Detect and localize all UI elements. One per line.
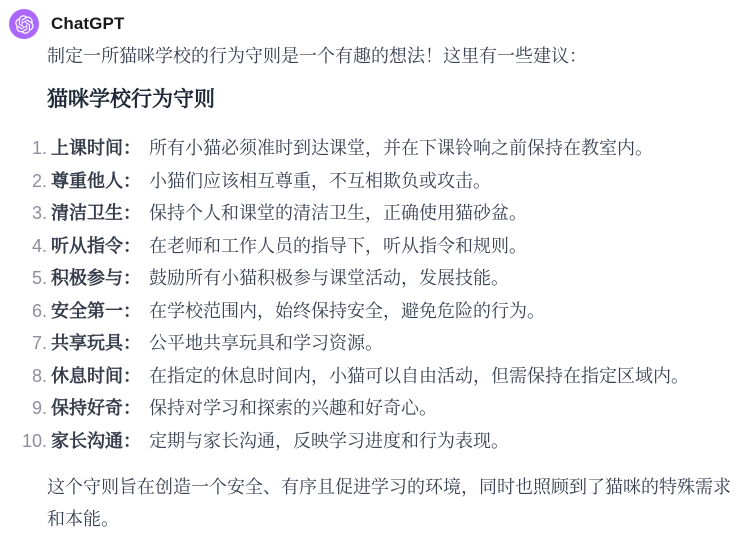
rule-text: 在指定的休息时间内，小猫可以自由活动，但需保持在指定区域内。	[149, 366, 689, 386]
list-item-body: 上课时间：所有小猫必须准时到达课堂，并在下课铃响之前保持在教室内。	[51, 134, 746, 162]
list-item: 2. 尊重他人：小猫们应该相互尊重，不互相欺负或攻击。	[19, 167, 746, 195]
rule-label: 安全第一：	[51, 301, 141, 321]
rule-label: 保持好奇：	[51, 398, 141, 418]
outro-paragraph: 这个守则旨在创造一个安全、有序且促进学习的环境，同时也照顾到了猫咪的特殊需求和本…	[47, 471, 746, 535]
rule-label: 积极参与：	[51, 268, 141, 288]
list-item-number: 2.	[19, 167, 47, 195]
rule-label: 共享玩具：	[51, 333, 141, 353]
list-item-body: 休息时间：在指定的休息时间内，小猫可以自由活动，但需保持在指定区域内。	[51, 362, 746, 390]
message-header: ChatGPT	[9, 9, 750, 39]
list-item: 6. 安全第一：在学校范围内，始终保持安全，避免危险的行为。	[19, 297, 746, 325]
list-item: 10. 家长沟通：定期与家长沟通，反映学习进度和行为表现。	[19, 427, 746, 455]
list-item-body: 保持好奇：保持对学习和探索的兴趣和好奇心。	[51, 394, 746, 422]
rule-text: 保持个人和课堂的清洁卫生，正确使用猫砂盆。	[149, 203, 527, 223]
chatgpt-avatar	[9, 9, 39, 39]
rule-text: 在老师和工作人员的指导下，听从指令和规则。	[149, 236, 527, 256]
intro-paragraph: 制定一所猫咪学校的行为守则是一个有趣的想法！这里有一些建议：	[47, 42, 746, 70]
rules-heading: 猫咪学校行为守则	[47, 87, 746, 113]
rule-label: 听从指令：	[51, 236, 141, 256]
rule-text: 保持对学习和探索的兴趣和好奇心。	[149, 398, 437, 418]
list-item-number: 4.	[19, 232, 47, 260]
list-item-body: 积极参与：鼓励所有小猫积极参与课堂活动，发展技能。	[51, 264, 746, 292]
message-content: 制定一所猫咪学校的行为守则是一个有趣的想法！这里有一些建议： 猫咪学校行为守则 …	[47, 42, 746, 535]
list-item: 3. 清洁卫生：保持个人和课堂的清洁卫生，正确使用猫砂盆。	[19, 199, 746, 227]
list-item-number: 6.	[19, 297, 47, 325]
rule-label: 上课时间：	[51, 138, 141, 158]
sender-name: ChatGPT	[51, 14, 124, 34]
assistant-message: ChatGPT 制定一所猫咪学校的行为守则是一个有趣的想法！这里有一些建议： 猫…	[0, 0, 750, 535]
rule-text: 定期与家长沟通，反映学习进度和行为表现。	[149, 431, 509, 451]
rule-text: 在学校范围内，始终保持安全，避免危险的行为。	[149, 301, 545, 321]
rule-label: 清洁卫生：	[51, 203, 141, 223]
list-item: 5. 积极参与：鼓励所有小猫积极参与课堂活动，发展技能。	[19, 264, 746, 292]
rules-list: 1. 上课时间：所有小猫必须准时到达课堂，并在下课铃响之前保持在教室内。 2. …	[19, 134, 746, 455]
list-item-body: 共享玩具：公平地共享玩具和学习资源。	[51, 329, 746, 357]
list-item-body: 安全第一：在学校范围内，始终保持安全，避免危险的行为。	[51, 297, 746, 325]
list-item-number: 5.	[19, 264, 47, 292]
list-item-number: 3.	[19, 199, 47, 227]
list-item-body: 清洁卫生：保持个人和课堂的清洁卫生，正确使用猫砂盆。	[51, 199, 746, 227]
list-item: 4. 听从指令：在老师和工作人员的指导下，听从指令和规则。	[19, 232, 746, 260]
rule-label: 尊重他人：	[51, 171, 141, 191]
list-item-body: 尊重他人：小猫们应该相互尊重，不互相欺负或攻击。	[51, 167, 746, 195]
list-item-number: 8.	[19, 362, 47, 390]
list-item-number: 7.	[19, 329, 47, 357]
list-item-number: 10.	[19, 427, 47, 455]
list-item-number: 9.	[19, 394, 47, 422]
openai-logo-icon	[15, 15, 34, 34]
rule-text: 鼓励所有小猫积极参与课堂活动，发展技能。	[149, 268, 509, 288]
list-item-number: 1.	[19, 134, 47, 162]
rule-text: 小猫们应该相互尊重，不互相欺负或攻击。	[149, 171, 491, 191]
list-item-body: 家长沟通：定期与家长沟通，反映学习进度和行为表现。	[51, 427, 746, 455]
list-item: 8. 休息时间：在指定的休息时间内，小猫可以自由活动，但需保持在指定区域内。	[19, 362, 746, 390]
rule-text: 所有小猫必须准时到达课堂，并在下课铃响之前保持在教室内。	[149, 138, 653, 158]
list-item: 9. 保持好奇：保持对学习和探索的兴趣和好奇心。	[19, 394, 746, 422]
rule-label: 休息时间：	[51, 366, 141, 386]
list-item: 1. 上课时间：所有小猫必须准时到达课堂，并在下课铃响之前保持在教室内。	[19, 134, 746, 162]
list-item: 7. 共享玩具：公平地共享玩具和学习资源。	[19, 329, 746, 357]
list-item-body: 听从指令：在老师和工作人员的指导下，听从指令和规则。	[51, 232, 746, 260]
rule-label: 家长沟通：	[51, 431, 141, 451]
rule-text: 公平地共享玩具和学习资源。	[149, 333, 383, 353]
